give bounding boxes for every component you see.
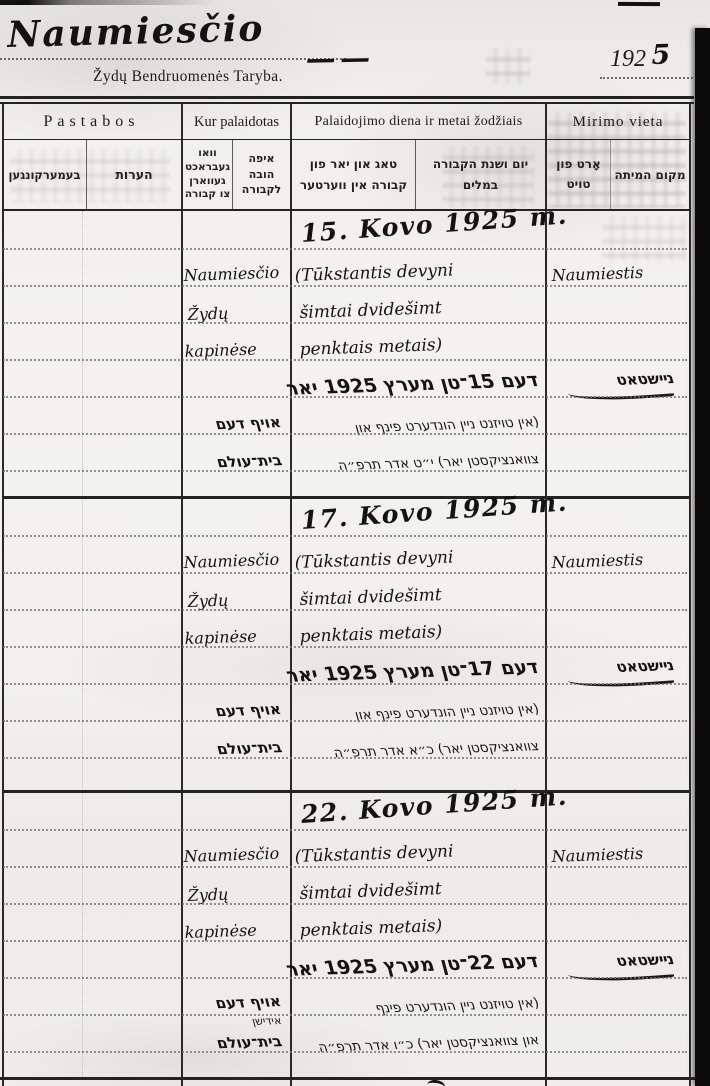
column-header-mirimo-vieta: Mirimo vieta xyxy=(547,105,689,139)
burial-date-words: šimtai dvidešimt xyxy=(299,585,442,610)
ruled-dotted-line xyxy=(3,572,687,574)
burial-place-line: Žydų xyxy=(187,885,228,905)
burial-date-words: (Tūkstantis devyni xyxy=(294,841,453,867)
record-row: Naumiesčio Žydų kapinėse אויף דעם בית־עו… xyxy=(0,498,710,790)
handwritten-dashes: — — xyxy=(305,41,367,77)
subheader-palaidojimo-hebrew: יום ושנת הקבורה במלים xyxy=(416,140,545,209)
subheader-pastabos-hebrew: הערות xyxy=(87,140,181,209)
burial-place-line: Naumiesčio xyxy=(183,844,279,866)
scan-top-edge-mark xyxy=(0,0,220,5)
column-header-pastabos: Pastabos xyxy=(2,105,181,139)
ruled-dotted-line xyxy=(3,470,687,472)
burial-date-words: (Tūkstantis devyni xyxy=(294,260,453,286)
register-page-scan: Naumiesčio — — Žydų Bendruomenės Taryba.… xyxy=(0,0,710,1086)
column-header-palaidojimo: Palaidojimo diena ir metai žodžiais xyxy=(292,105,545,139)
ruled-dotted-line xyxy=(3,396,687,398)
ruled-dotted-line xyxy=(3,683,687,685)
ruled-dotted-line xyxy=(3,1051,687,1053)
ruled-dotted-line xyxy=(3,433,687,435)
subheader-kur-hebrew: איפה הובה לקבורה xyxy=(233,140,290,209)
bleedthrough-stamp xyxy=(486,48,530,84)
burial-place-line: Naumiesčio xyxy=(183,550,279,572)
burial-date-words: penktais metais) xyxy=(299,622,442,647)
burial-date-yiddish: צוואנציקסטן יאר) י״ט אדר תרפ״ה xyxy=(287,451,541,476)
title-dotted-line xyxy=(0,58,346,60)
burial-place-yiddish: אויף דעם xyxy=(178,700,283,721)
ruled-dotted-line xyxy=(3,609,687,611)
burial-date-words: penktais metais) xyxy=(299,916,442,941)
ruled-dotted-line xyxy=(3,720,687,722)
ruled-dotted-line xyxy=(3,940,687,942)
ruled-dotted-line xyxy=(3,285,687,287)
death-place: Naumiestis xyxy=(551,844,643,866)
burial-place-line: kapinėse xyxy=(184,920,257,942)
record-row: Naumiesčio Žydų kapinėse אויף דעם בית־עו… xyxy=(0,211,710,496)
burial-place-yiddish: אויף דעם xyxy=(178,413,283,434)
burial-date-words: (Tūkstantis devyni xyxy=(294,547,453,573)
burial-date-yiddish: צוואנציקסטן יאר) כ״א אדר תרפ״ה xyxy=(287,738,541,763)
subheader-kur-yiddish: וואו געבראכט געווארן צו קבורה xyxy=(183,140,232,209)
burial-date-words: penktais metais) xyxy=(299,335,442,360)
row-separator-3 xyxy=(0,1077,695,1080)
burial-place-line: kapinėse xyxy=(184,626,257,648)
year-dotted-line xyxy=(600,77,693,79)
ruled-dotted-line xyxy=(3,757,687,759)
burial-place-yiddish: אויף דעם xyxy=(178,992,283,1013)
double-rule-bottom xyxy=(0,102,694,104)
scan-top-right-mark xyxy=(618,2,660,6)
ruled-dotted-line xyxy=(3,1014,687,1016)
subheader-mirimo-yiddish: אָרט פון טויט xyxy=(547,140,610,209)
ruled-dotted-line xyxy=(3,535,687,537)
year-printed: 192 xyxy=(610,46,646,73)
burial-place-yiddish-small xyxy=(183,435,283,438)
year-handwritten: 5 xyxy=(651,39,671,71)
double-rule-top xyxy=(0,96,694,99)
subheader-pastabos-yiddish: בעמערקונגען xyxy=(3,140,86,209)
burial-date-words: šimtai dvidešimt xyxy=(299,298,442,323)
column-header-kur-palaidotas: Kur palaidotas xyxy=(183,105,290,139)
burial-place-line: kapinėse xyxy=(184,339,257,361)
ruled-dotted-line xyxy=(3,829,687,831)
ruled-dotted-line xyxy=(3,646,687,648)
burial-place-yiddish-small xyxy=(183,722,283,725)
page-title-handwritten: Naumiesčio xyxy=(7,7,265,56)
ruled-dotted-line xyxy=(3,977,687,979)
ruled-dotted-line xyxy=(3,866,687,868)
organization-name: Žydų Bendruomenės Taryba. xyxy=(93,68,283,86)
burial-date-yiddish: און צוואנציקסטן יאר) כ״ו אדר תרפ״ה xyxy=(287,1032,541,1057)
ruled-dotted-line xyxy=(3,359,687,361)
death-place: Naumiestis xyxy=(551,263,643,285)
record-row: Naumiesčio Žydų kapinėse אויף דעם אידישן… xyxy=(0,792,710,1077)
burial-date-words: šimtai dvidešimt xyxy=(299,879,442,904)
burial-place-yiddish-small: אידישן xyxy=(180,1014,283,1030)
death-place: Naumiestis xyxy=(551,550,643,572)
ruled-dotted-line xyxy=(3,248,687,250)
burial-place-line: Naumiesčio xyxy=(183,263,279,285)
ruled-dotted-line xyxy=(3,903,687,905)
ruled-dotted-line xyxy=(3,322,687,324)
subheader-mirimo-hebrew: מקום המיתה xyxy=(611,140,689,209)
burial-place-line: Žydų xyxy=(187,591,228,611)
burial-place-line: Žydų xyxy=(187,304,228,324)
subheader-palaidojimo-yiddish: טאג און יאר פון קבורה אין ווערטער xyxy=(292,140,415,209)
